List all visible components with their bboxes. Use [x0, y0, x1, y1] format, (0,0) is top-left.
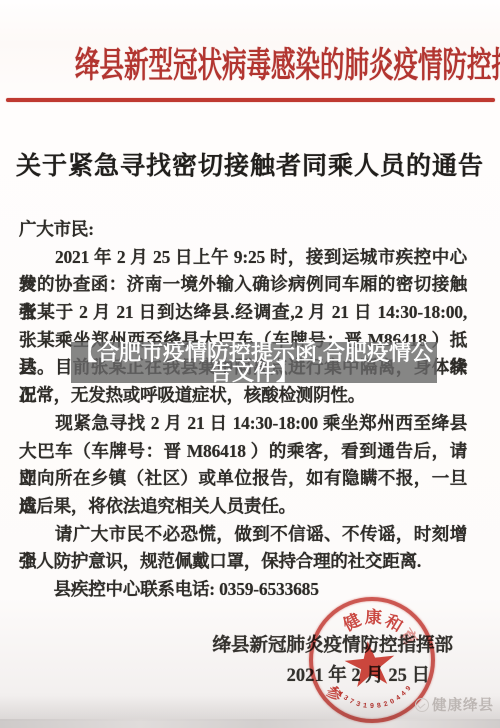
corner-logo-icon: [415, 698, 429, 712]
seal-arc-char: 康: [363, 605, 384, 626]
body-line: 个人防护意识，规范佩戴口罩，保持合理的社交距离.: [19, 548, 467, 576]
body-line: 张某于 2 月 21 日到达绛县.经调查,2 月 21 日 14:30-18:0…: [19, 299, 467, 327]
body-line: 即向所在乡镇（社区）或单位报告，如有隐瞒不报，一旦造: [19, 465, 467, 493]
body-text: 广大市民: 2021 年 2 月 25 日上午 9:25 时，接到运城市疾控中心…: [19, 216, 467, 604]
photo-edge-strip: [0, 719, 500, 728]
document-title: 关于紧急寻找密切接触者同乘人员的通告: [0, 146, 500, 182]
body-line: 2021 年 2 月 25 日上午 9:25 时，接到运城市疾控中心转: [19, 244, 467, 272]
corner-watermark-label: 健康绛县: [432, 694, 494, 715]
body-line: 成后果，将依法追究相关人员责任。: [19, 493, 467, 521]
body-line: 县疾控中心联系电话: 0359-6533685: [19, 576, 467, 604]
overlay-watermark: 【合肥市疫情防控提示函,合肥疫情公告文件】: [71, 342, 437, 383]
seal-star-icon: [342, 637, 399, 690]
salutation: 广大市民:: [19, 216, 467, 244]
letterhead-org-name: 绛县新型冠状病毒感染的肺炎疫情防控指挥部: [75, 38, 425, 88]
body-line: 现紧急寻找 2 月 21 日 14:30-18:00 乘坐郑州西至绛县: [19, 410, 467, 438]
body-line: 请广大市民不必恐慌，做到不信谣、不传谣，时刻增强: [19, 521, 467, 549]
letterhead-divider: [6, 98, 495, 102]
body-line: 发的协查函：济南一境外输入确诊病例同车厢的密切接触者: [19, 271, 467, 299]
scanned-notice-photo: 绛县新型冠状病毒感染的肺炎疫情防控指挥部 关于紧急寻找密切接触者同乘人员的通告 …: [0, 0, 500, 728]
body-line: 大巴车（车牌号：晋 M86418 ）的乘客，看到通告后，请立: [19, 438, 467, 466]
corner-watermark: 健康绛县: [415, 694, 494, 715]
seal-arc-char: 健: [337, 607, 364, 634]
body-line: 正常，无发热或呼吸道症状，核酸检测阴性。: [19, 382, 467, 410]
